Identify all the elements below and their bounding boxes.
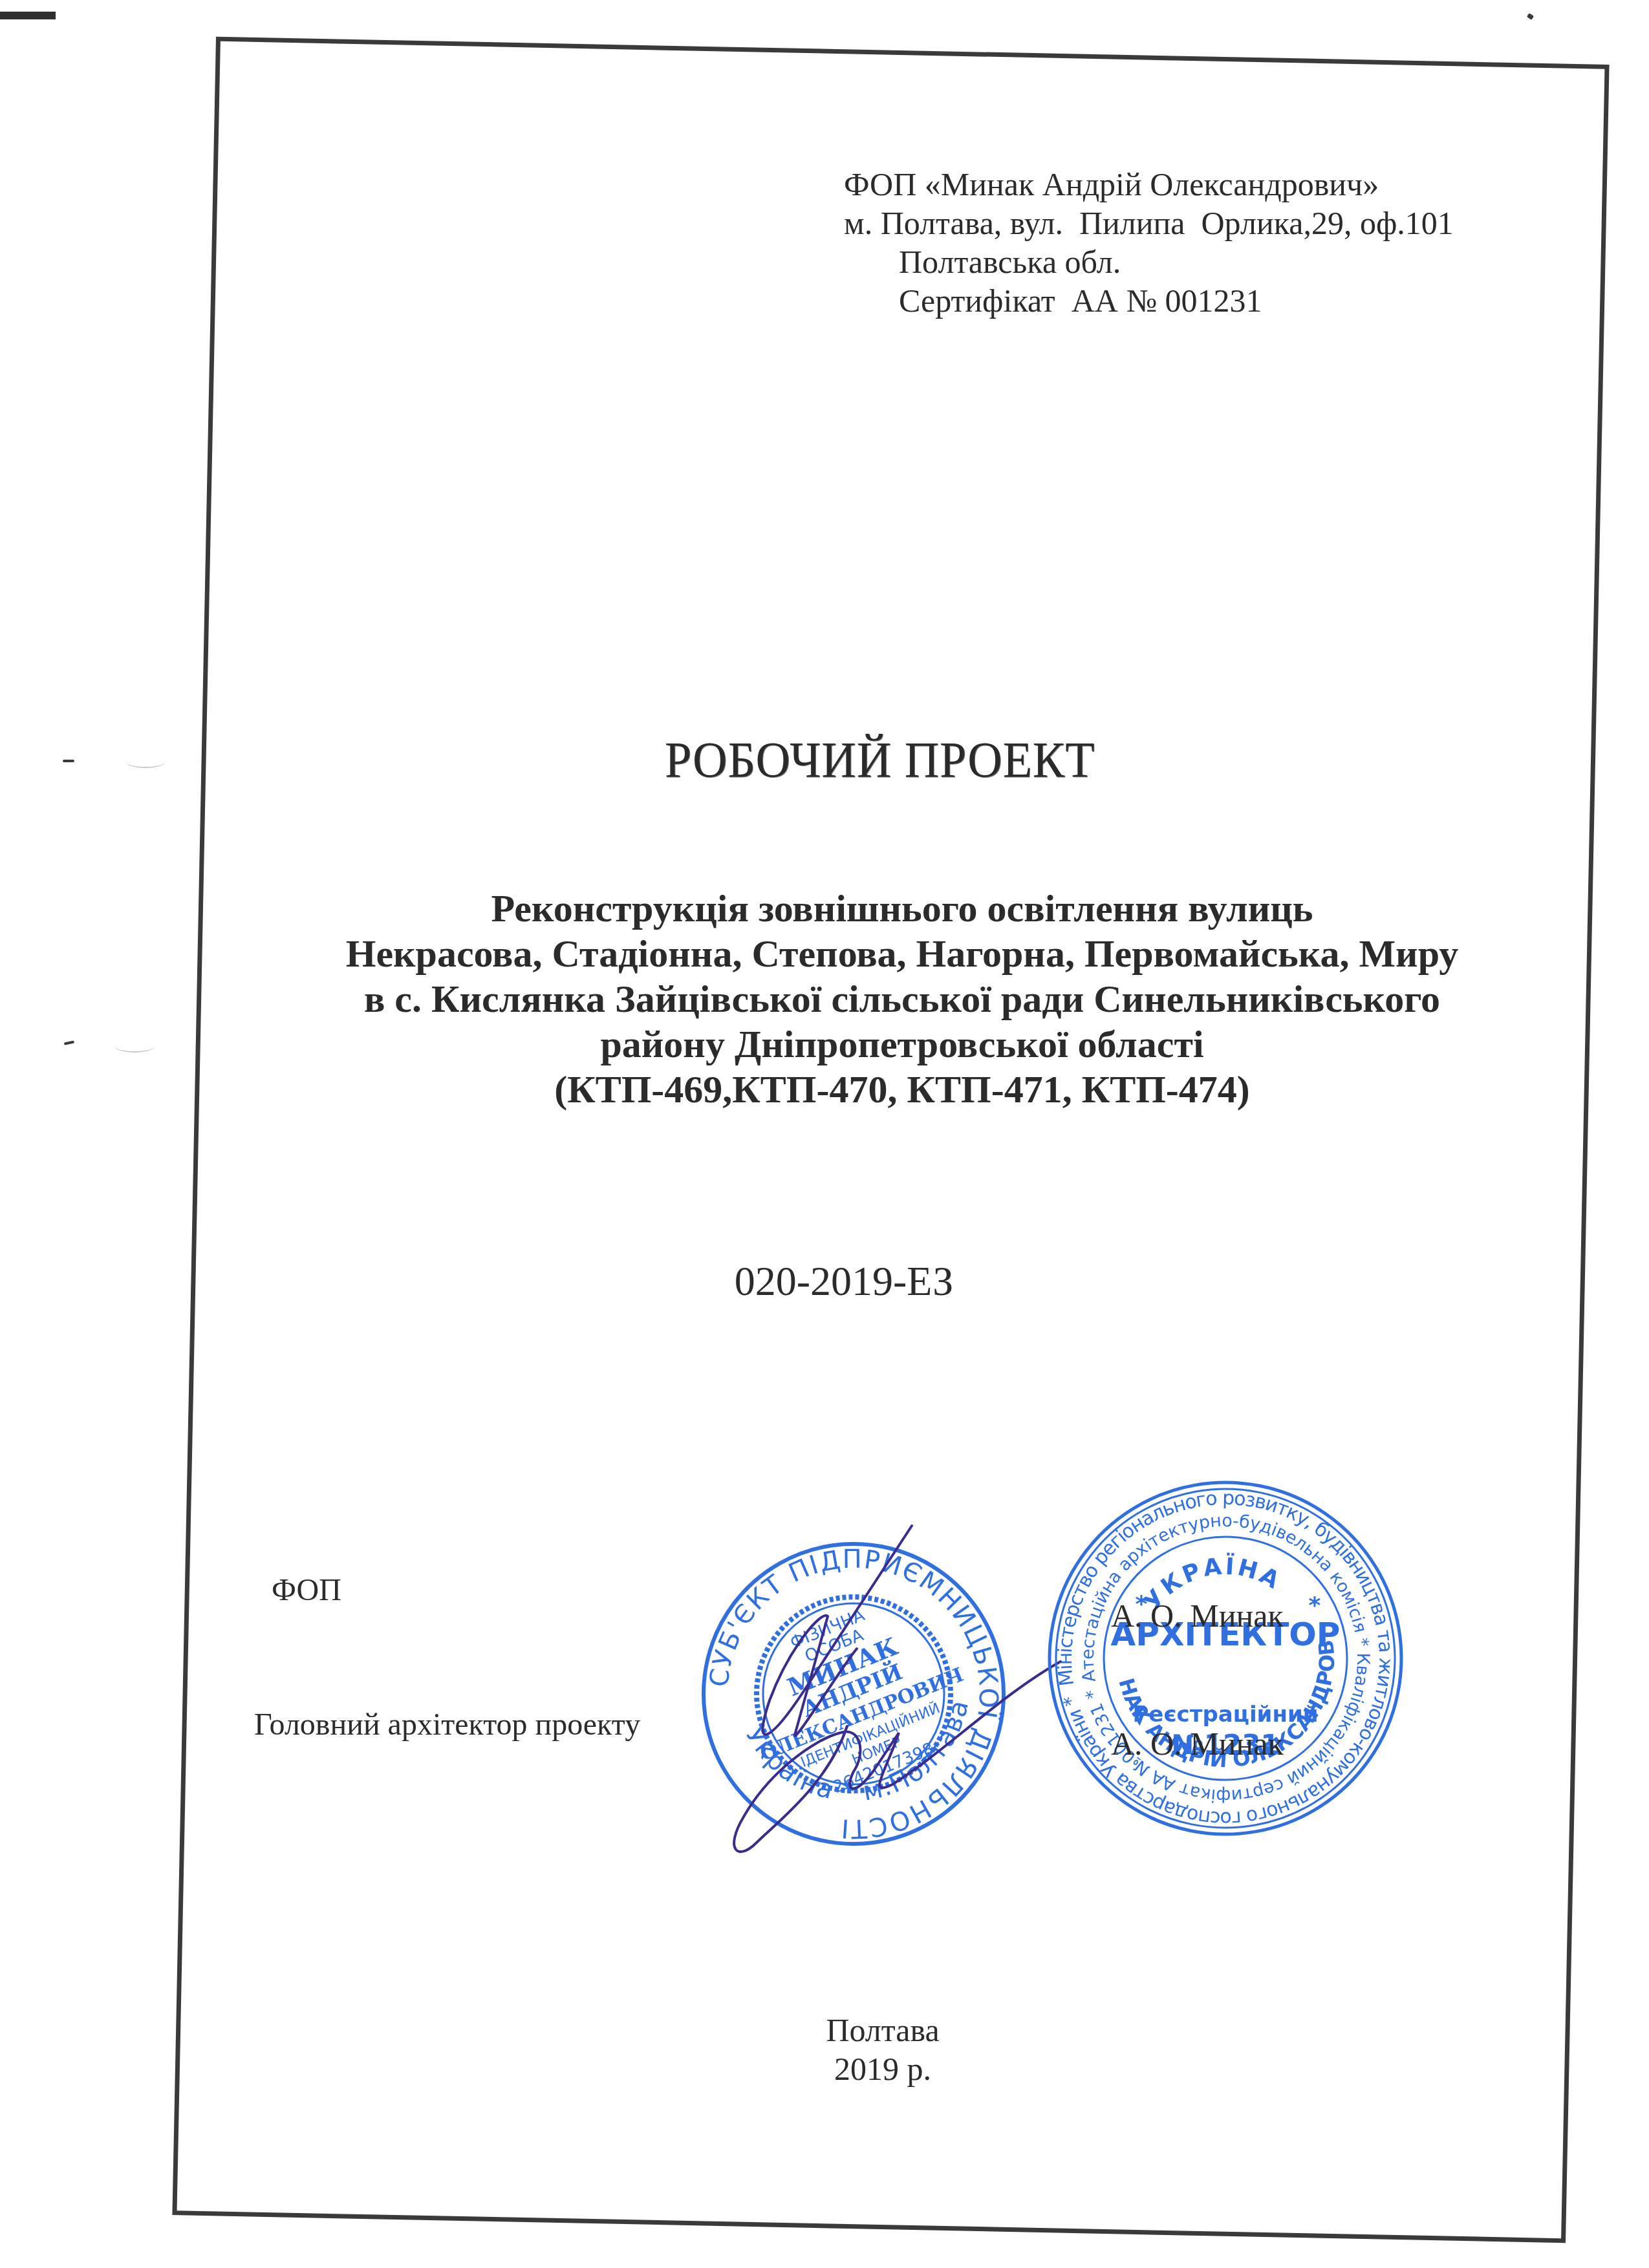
subject-line: (КТП-469,КТП-470, КТП-471, КТП-474) [272,1067,1533,1112]
subject-line: району Дніпропетровської області [272,1022,1533,1067]
company-header: ФОП «Минак Андрій Олександрович» м. Полт… [844,165,1454,320]
svg-text:Реєстраційний: Реєстраційний [1132,1702,1318,1728]
footer-city: Полтава [58,2011,1649,2049]
signature-role-chief-architect: Головний архітектор проекту [254,1707,640,1742]
seal-icon: Міністерство регіонального розвитку, буд… [1044,1477,1406,1839]
footer-year: 2019 р. [58,2049,1649,2088]
seal-icon: СУБ'ЄКТ ПІДПРИЄМНИЦЬКОЇ ДІЯЛЬНОСТІ Украї… [698,1539,1009,1849]
document-code: 020-2019-ЕЗ [0,1257,1649,1305]
entrepreneur-seal: СУБ'ЄКТ ПІДПРИЄМНИЦЬКОЇ ДІЯЛЬНОСТІ Украї… [698,1539,1009,1849]
punch-hole-mark [115,1041,154,1053]
company-address: м. Полтава, вул. Пилипа Орлика,29, оф.10… [844,204,1454,242]
signature-name-chief-architect: А. О. Минак [1111,1725,1284,1762]
scan-corner-mark [0,12,56,19]
project-subject: Реконструкція зовнішнього освітлення вул… [272,886,1533,1112]
architect-seal: Міністерство регіонального розвитку, буд… [1044,1477,1406,1839]
document-code-text: 020-2019-ЕЗ [735,1257,954,1305]
document-type-title-text: РОБОЧИЙ ПРОЕКТ [665,731,1095,789]
signature-role-fop: ФОП [272,1572,341,1608]
subject-line: Реконструкція зовнішнього освітлення вул… [272,886,1533,931]
signature-name-fop: А. О. Минак [1111,1597,1284,1634]
document-type-title: РОБОЧИЙ ПРОЕКТ [0,731,1649,789]
company-region: Полтавська обл. [844,242,1454,281]
company-name: ФОП «Минак Андрій Олександрович» [844,165,1454,204]
subject-line: в с. Кислянка Зайцівської сільської ради… [272,976,1533,1022]
svg-text:*: * [1309,1592,1321,1619]
document-footer: Полтава 2019 р. [0,2011,1649,2088]
page-frame [172,37,1609,2243]
subject-line: Некрасова, Стадіонна, Степова, Нагорна, … [272,931,1533,976]
scan-speck [64,1040,74,1045]
scan-speck [1527,13,1534,20]
company-certificate: Сертифікат АА № 001231 [844,281,1454,320]
